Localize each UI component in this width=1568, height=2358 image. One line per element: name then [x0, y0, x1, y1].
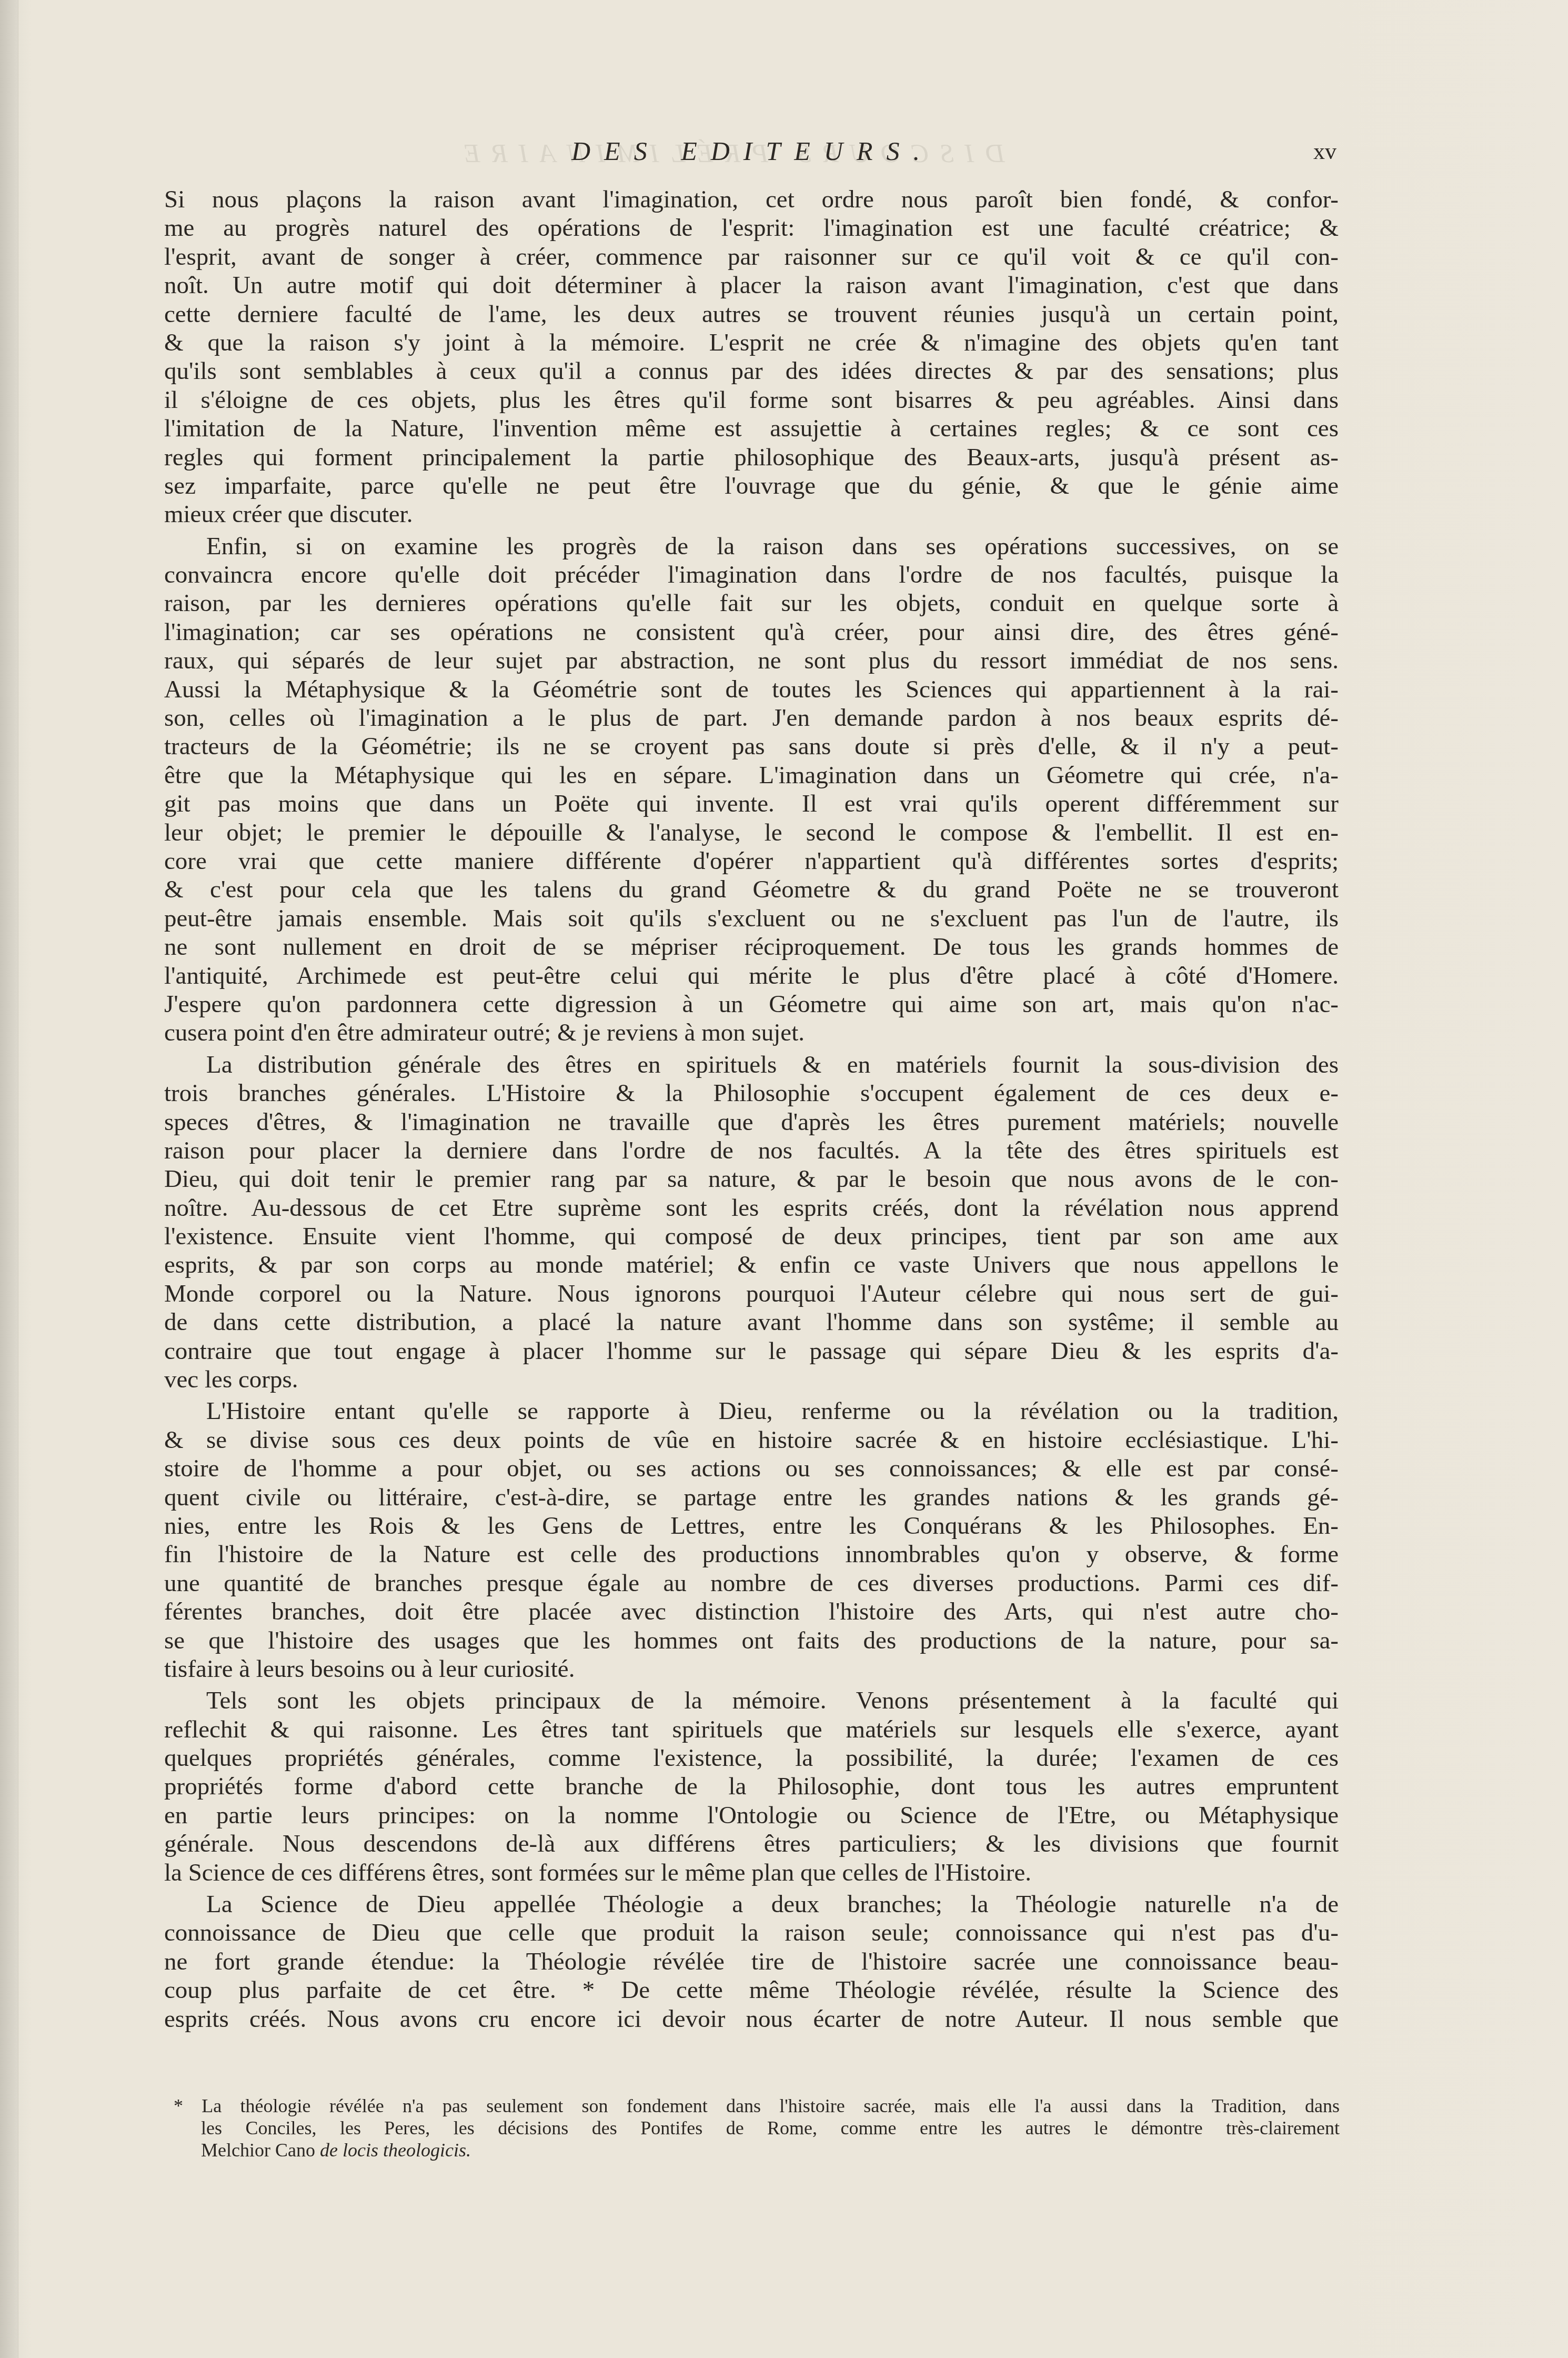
text-line: J'espere qu'on pardonnera cette digressi… — [164, 990, 1339, 1018]
text-line: la Science de ces différens êtres, sont … — [164, 1859, 1339, 1887]
text-line: me au progrès naturel des opérations de … — [164, 214, 1339, 242]
text-line: férentes branches, doit être placée avec… — [164, 1597, 1339, 1626]
text-line: Si nous plaçons la raison avant l'imagin… — [164, 185, 1339, 214]
paragraph: La Science de Dieu appellée Théologie a … — [164, 1890, 1339, 2033]
paragraph: Enfin, si on examine les progrès de la r… — [164, 532, 1339, 1047]
text-line: mieux créer que discuter. — [164, 500, 1339, 528]
footnote-line: Melchior Cano de locis theologicis. — [174, 2139, 1340, 2161]
text-line: son, celles où l'imagination a le plus d… — [164, 704, 1339, 732]
text-line: core vrai que cette maniere différente d… — [164, 847, 1339, 875]
text-line: nies, entre les Rois & les Gens de Lettr… — [164, 1512, 1339, 1540]
text-line: se que l'histoire des usages que les hom… — [164, 1626, 1339, 1655]
text-line: Aussi la Métaphysique & la Géométrie son… — [164, 675, 1339, 704]
text-line: être que la Métaphysique qui les en sépa… — [164, 761, 1339, 790]
footnote-line: * La théologie révélée n'a pas seulement… — [174, 2095, 1340, 2117]
page-number: xv — [1284, 138, 1336, 165]
text-line: quelques propriétés générales, comme l'e… — [164, 1744, 1339, 1772]
text-line: esprits créés. Nous avons cru encore ici… — [164, 2005, 1339, 2033]
text-line: ne fort grande étendue: la Théologie rév… — [164, 1947, 1339, 1976]
text-line: reflechit & qui raisonne. Les êtres tant… — [164, 1715, 1339, 1744]
text-line: cusera point d'en être admirateur outré;… — [164, 1018, 1339, 1047]
text-line: Enfin, si on examine les progrès de la r… — [164, 532, 1339, 561]
text-line: speces d'êtres, & l'imagination ne trava… — [164, 1108, 1339, 1136]
text-line: il s'éloigne de ces objets, plus les êtr… — [164, 386, 1339, 414]
text-line: & se divise sous ces deux points de vûe … — [164, 1426, 1339, 1454]
footnote-line: les Conciles, les Peres, les décisions d… — [174, 2117, 1340, 2139]
text-line: Monde corporel ou la Nature. Nous ignoro… — [164, 1280, 1339, 1308]
text-line: regles qui forment principalement la par… — [164, 443, 1339, 472]
text-line: une quantité de branches presque égale a… — [164, 1569, 1339, 1597]
paragraph: L'Histoire entant qu'elle se rapporte à … — [164, 1397, 1339, 1683]
text-line: l'imitation de la Nature, l'invention mê… — [164, 414, 1339, 443]
text-line: tisfaire à leurs besoins ou à leur curio… — [164, 1655, 1339, 1683]
text-line: ne sont nullement en droit de se méprise… — [164, 933, 1339, 961]
text-line: git pas moins que dans un Poëte qui inve… — [164, 790, 1339, 818]
text-line: l'antiquité, Archimede est peut-être cel… — [164, 962, 1339, 990]
text-line: l'existence. Ensuite vient l'homme, qui … — [164, 1222, 1339, 1251]
text-line: & c'est pour cela que les talens du gran… — [164, 875, 1339, 904]
text-line: propriétés forme d'abord cette branche d… — [164, 1772, 1339, 1801]
text-line: esprits, & par son corps au monde matéri… — [164, 1251, 1339, 1279]
text-line: raux, qui séparés de leur sujet par abst… — [164, 646, 1339, 675]
text-line: noît. Un autre motif qui doit déterminer… — [164, 271, 1339, 299]
text-line: qu'ils sont semblables à ceux qu'il a co… — [164, 357, 1339, 385]
text-line: vec les corps. — [164, 1365, 1339, 1394]
text-line: fin l'histoire de la Nature est celle de… — [164, 1540, 1339, 1568]
text-line: leur objet; le premier le dépouille & l'… — [164, 818, 1339, 847]
body-text: Si nous plaçons la raison avant l'imagin… — [164, 185, 1339, 2036]
text-line: cette derniere faculté de l'ame, les deu… — [164, 300, 1339, 328]
footnote: * La théologie révélée n'a pas seulement… — [174, 2095, 1340, 2161]
text-line: La distribution générale des êtres en sp… — [164, 1051, 1339, 1079]
scanned-page: DISCOURS PRÉLIMINAIRE DES EDITEURS. xv S… — [0, 0, 1568, 2358]
text-line: noître. Au-dessous de cet Etre suprème s… — [164, 1194, 1339, 1222]
text-line: raison pour placer la derniere dans l'or… — [164, 1136, 1339, 1165]
text-line: raison, par les dernieres opérations qu'… — [164, 589, 1339, 617]
page-binding-edge — [0, 0, 18, 2358]
text-line: connoissance de Dieu que celle que produ… — [164, 1919, 1339, 1947]
text-line: Dieu, qui doit tenir le premier rang par… — [164, 1165, 1339, 1193]
text-line: La Science de Dieu appellée Théologie a … — [164, 1890, 1339, 1919]
footnote-author: Melchior Cano — [201, 2140, 315, 2161]
text-line: quent civile ou littéraire, c'est-à-dire… — [164, 1483, 1339, 1512]
paragraph: Tels sont les objets principaux de la mé… — [164, 1686, 1339, 1887]
text-line: sez imparfaite, parce qu'elle ne peut êt… — [164, 472, 1339, 500]
text-line: l'esprit, avant de songer à créer, comme… — [164, 243, 1339, 271]
paragraph: La distribution générale des êtres en sp… — [164, 1051, 1339, 1394]
running-head: DES EDITEURS. — [516, 136, 989, 166]
text-line: contraire que tout engage à placer l'hom… — [164, 1337, 1339, 1365]
text-line: stoire de l'homme a pour objet, ou ses a… — [164, 1454, 1339, 1483]
text-line: convaincra encore qu'elle doit précéder … — [164, 561, 1339, 589]
text-line: l'imagination; car ses opérations ne con… — [164, 618, 1339, 646]
text-line: en partie leurs principes: on la nomme l… — [164, 1801, 1339, 1830]
footnote-title-italic: de locis theologicis. — [320, 2140, 471, 2161]
text-line: trois branches générales. L'Histoire & l… — [164, 1079, 1339, 1107]
text-line: générale. Nous descendons de-là aux diff… — [164, 1830, 1339, 1858]
text-line: tracteurs de la Géométrie; ils ne se cro… — [164, 732, 1339, 761]
text-line: coup plus parfaite de cet être. * De cet… — [164, 1976, 1339, 2004]
text-line: peut-être jamais ensemble. Mais soit qu'… — [164, 904, 1339, 933]
text-line: L'Histoire entant qu'elle se rapporte à … — [164, 1397, 1339, 1425]
footnote-marker: * — [174, 2095, 183, 2116]
paragraph: Si nous plaçons la raison avant l'imagin… — [164, 185, 1339, 529]
text-line: de dans cette distribution, a placé la n… — [164, 1308, 1339, 1336]
text-line: & que la raison s'y joint à la mémoire. … — [164, 328, 1339, 357]
text-line: Tels sont les objets principaux de la mé… — [164, 1686, 1339, 1715]
